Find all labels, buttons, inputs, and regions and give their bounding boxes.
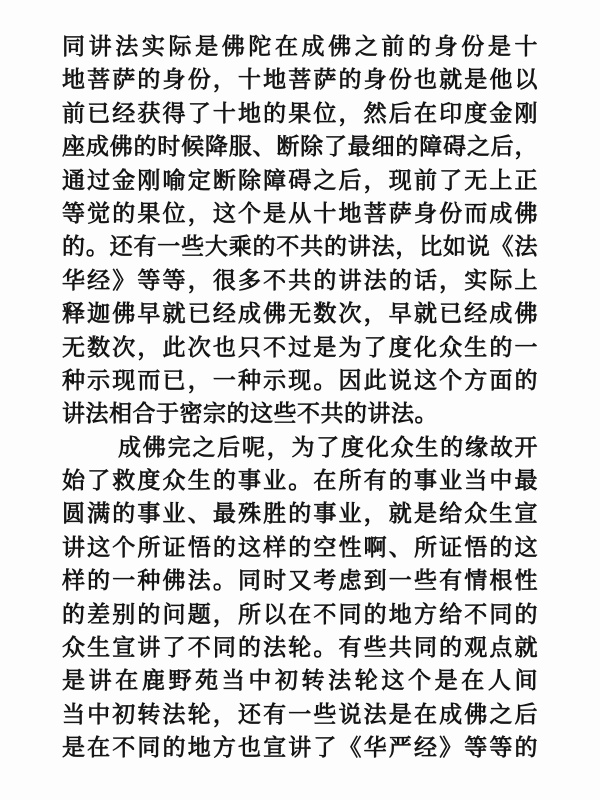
text-line: 无数次，此次也只不过是为了度化众生的一 [62, 332, 538, 365]
text-line: 众生宣讲了不同的法轮。有些共同的观点就 [62, 632, 538, 665]
text-line: 样的一种佛法。同时又考虑到一些有情根性 [62, 565, 538, 598]
text-line: 是在不同的地方也宣讲了《华严经》等等的 [62, 732, 538, 765]
text-line: 讲这个所证悟的这样的空性啊、所证悟的这 [62, 532, 538, 565]
text-line: 同讲法实际是佛陀在成佛之前的身份是十 [62, 31, 538, 64]
text-line: 圆满的事业、最殊胜的事业，就是给众生宣 [62, 498, 538, 531]
text-line: 释迦佛早就已经成佛无数次，早就已经成佛 [62, 298, 538, 331]
text-block: 同讲法实际是佛陀在成佛之前的身份是十 地菩萨的身份，十地菩萨的身份也就是他以 前… [62, 31, 538, 766]
text-line: 当中初转法轮，还有一些说法是在成佛之后 [62, 699, 538, 732]
text-line: 地菩萨的身份，十地菩萨的身份也就是他以 [62, 64, 538, 97]
document-page: 同讲法实际是佛陀在成佛之前的身份是十 地菩萨的身份，十地菩萨的身份也就是他以 前… [0, 0, 600, 800]
text-line: 是讲在鹿野苑当中初转法轮这个是在人间 [62, 665, 538, 698]
text-line: 通过金刚喻定断除障碍之后，现前了无上正 [62, 165, 538, 198]
text-line: 始了救度众生的事业。在所有的事业当中最 [62, 465, 538, 498]
text-line: 等觉的果位，这个是从十地菩萨身份而成佛 [62, 198, 538, 231]
text-line: 的差别的问题，所以在不同的地方给不同的 [62, 599, 538, 632]
text-line: 的。还有一些大乘的不共的讲法，比如说《法 [62, 231, 538, 264]
text-line-paragraph-end: 讲法相合于密宗的这些不共的讲法。 [62, 398, 538, 431]
text-line: 种示现而已，一种示现。因此说这个方面的 [62, 365, 538, 398]
text-line: 华经》等等，很多不共的讲法的话，实际上 [62, 265, 538, 298]
text-line-paragraph-start: 成佛完之后呢，为了度化众生的缘故开 [62, 432, 538, 465]
text-line: 座成佛的时候降服、断除了最细的障碍之后， [62, 131, 538, 164]
text-line: 前已经获得了十地的果位，然后在印度金刚 [62, 98, 538, 131]
